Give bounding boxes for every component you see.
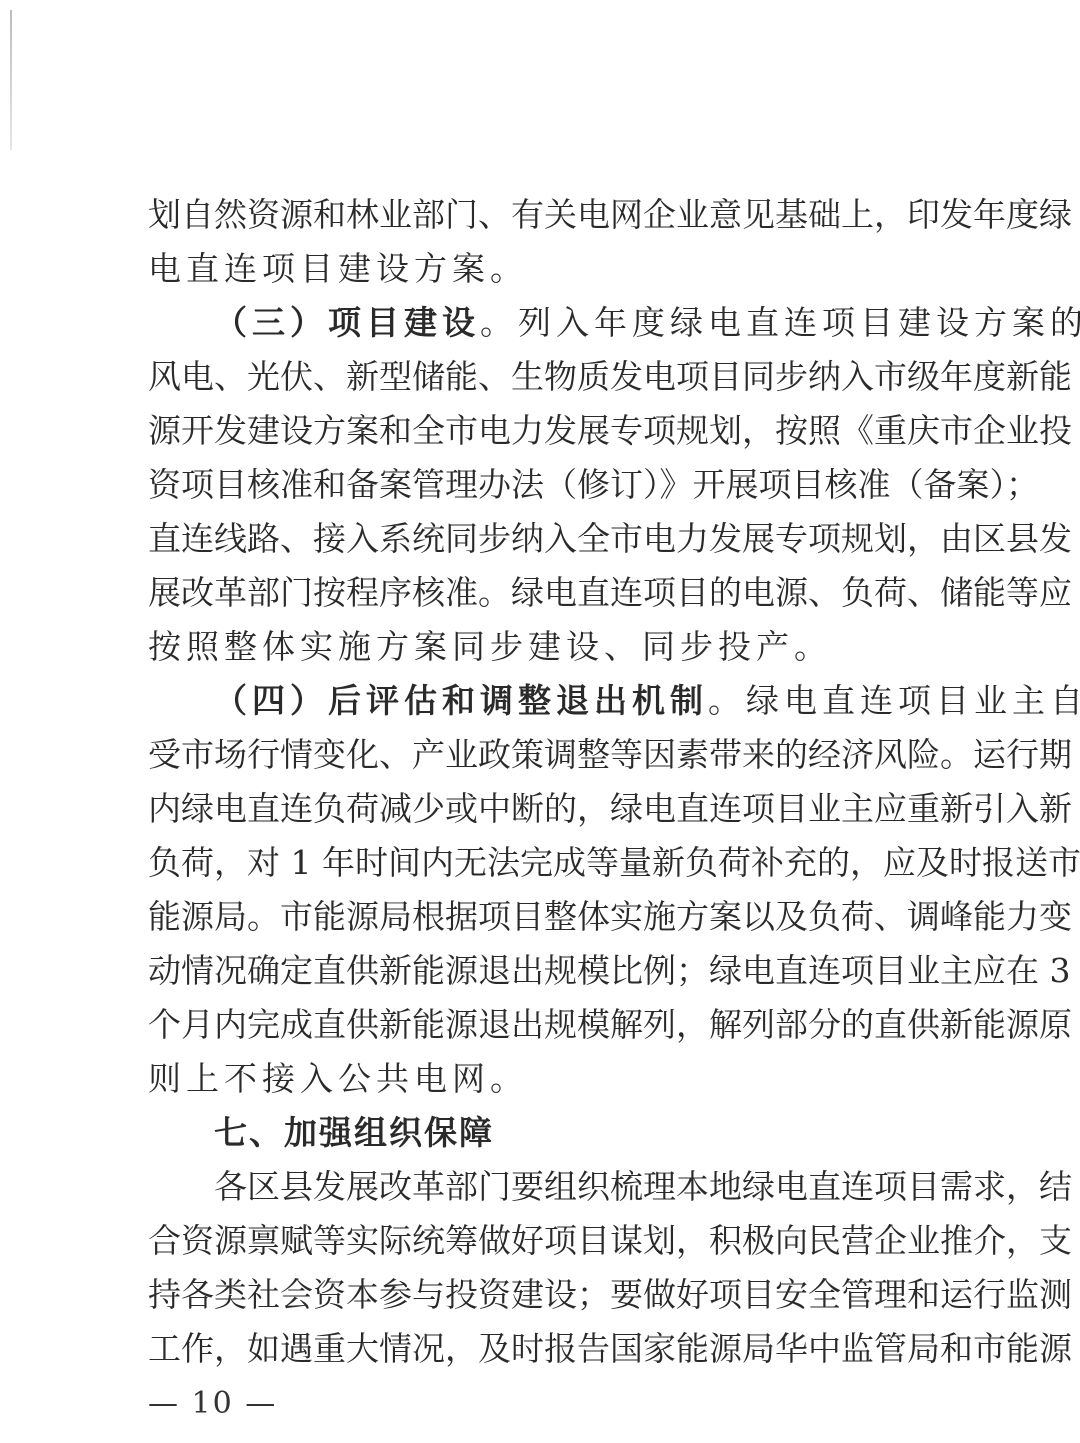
text-line: 资项目核准和备案管理办法（修订）》开展项目核准（备案）； — [148, 458, 950, 512]
text-line: 源开发建设方案和全市电力发展专项规划，按照《重庆市企业投 — [148, 404, 950, 458]
text-line: 电直连项目建设方案。 — [148, 242, 950, 296]
text-line: 则上不接入公共电网。 — [148, 1052, 950, 1106]
text-line: 动情况确定直供新能源退出规模比例；绿电直连项目业主应在 3 — [148, 944, 950, 998]
text-line: 能源局。市能源局根据项目整体实施方案以及负荷、调峰能力变 — [148, 890, 950, 944]
section-heading: 七、加强组织保障 — [148, 1106, 950, 1160]
text-line: 按照整体实施方案同步建设、同步投产。 — [148, 620, 950, 674]
text-line: 持各类社会资本参与投资建设；要做好项目安全管理和运行监测 — [148, 1268, 950, 1322]
text-line: 直连线路、接入系统同步纳入全市电力发展专项规划，由区县发 — [148, 512, 950, 566]
text-line: 内绿电直连负荷减少或中断的，绿电直连项目业主应重新引入新 — [148, 782, 950, 836]
text-line: （四）后评估和调整退出机制。绿电直连项目业主自行承担 — [148, 674, 950, 728]
text-line: 受市场行情变化、产业政策调整等因素带来的经济风险。运行期 — [148, 728, 950, 782]
text-line: 合资源禀赋等实际统筹做好项目谋划，积极向民营企业推介，支 — [148, 1214, 950, 1268]
body-paragraph: 各区县发展改革部门要组织梳理本地绿电直连项目需求，结 合资源禀赋等实际统筹做好项… — [148, 1160, 950, 1376]
text-line: 工作，如遇重大情况，及时报告国家能源局华中监管局和市能源 — [148, 1322, 950, 1376]
text-line: 风电、光伏、新型储能、生物质发电项目同步纳入市级年度新能 — [148, 350, 950, 404]
page-number: — 10 — — [148, 1384, 277, 1424]
text-line: 展改革部门按程序核准。绿电直连项目的电源、负荷、储能等应 — [148, 566, 950, 620]
text-line: 负荷，对 1 年时间内无法完成等量新负荷补充的，应及时报送市 — [148, 836, 950, 890]
text-run: 。绿电直连项目业主自行承担 — [708, 681, 1080, 720]
subsection-project-construction: （三）项目建设。列入年度绿电直连项目建设方案的集中式 风电、光伏、新型储能、生物… — [148, 296, 950, 674]
subsection-post-evaluation: （四）后评估和调整退出机制。绿电直连项目业主自行承担 受市场行情变化、产业政策调… — [148, 674, 950, 1106]
scan-edge-mark — [10, 10, 12, 150]
text-run: 。列入年度绿电直连项目建设方案的集中式 — [480, 303, 1080, 342]
subsection-lead: （三）项目建设 — [214, 303, 480, 342]
text-line: （三）项目建设。列入年度绿电直连项目建设方案的集中式 — [148, 296, 950, 350]
continuation-paragraph: 划自然资源和林业部门、有关电网企业意见基础上，印发年度绿 电直连项目建设方案。 — [148, 188, 950, 296]
text-line: 各区县发展改革部门要组织梳理本地绿电直连项目需求，结 — [148, 1160, 950, 1214]
subsection-lead: （四）后评估和调整退出机制 — [214, 681, 708, 720]
text-line: 个月内完成直供新能源退出规模解列，解列部分的直供新能源原 — [148, 998, 950, 1052]
document-page: 划自然资源和林业部门、有关电网企业意见基础上，印发年度绿 电直连项目建设方案。 … — [148, 188, 950, 1376]
text-line: 划自然资源和林业部门、有关电网企业意见基础上，印发年度绿 — [148, 188, 950, 242]
